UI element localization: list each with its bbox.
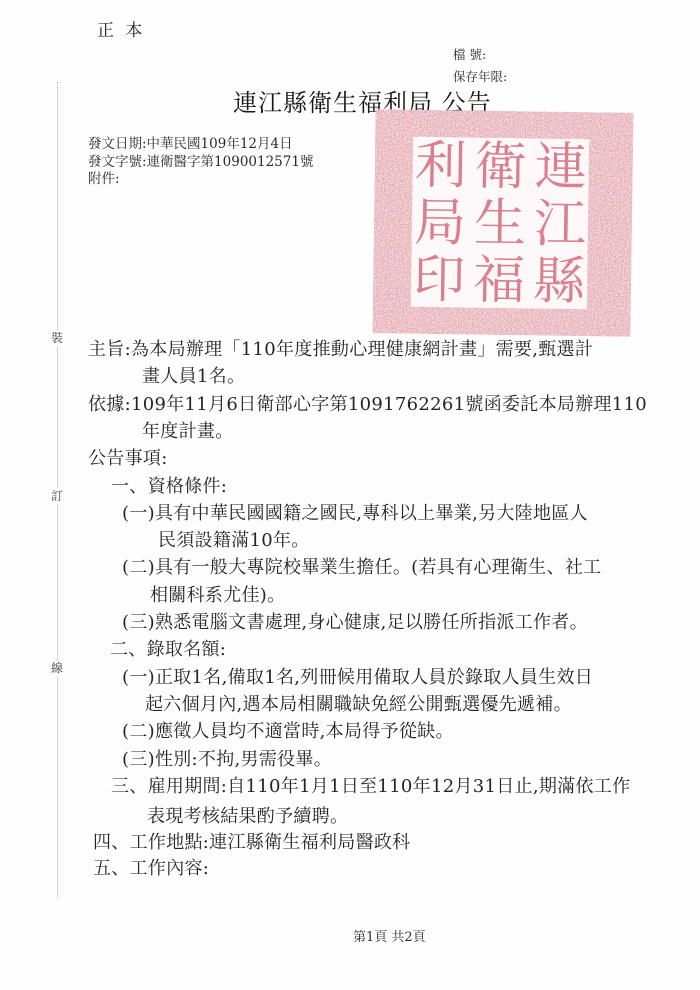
body-line: (二)應徵人員均不適當時,本局得予從缺。	[122, 719, 454, 745]
body-line: 民須設籍滿10年。	[158, 528, 310, 554]
body-line: (三)熟悉電腦文書處理,身心健康,足以勝任所指派工作者。	[122, 610, 588, 636]
announcement-body: 主旨:為本局辦理「110年度推動心理健康網計畫」需要,甄選計畫人員1名。依據:1…	[0, 0, 700, 990]
body-line: 四、工作地點:連江縣衛生福利局醫政科	[93, 830, 410, 856]
body-line: 公告事項:	[88, 446, 168, 472]
body-line: 畫人員1名。	[142, 364, 245, 390]
body-line: 二、錄取名額:	[110, 637, 226, 663]
body-line: (三)性別:不拘,男需役畢。	[122, 747, 332, 773]
body-line: 依據:109年11月6日衛部心字第1091762261號函委託本局辦理110	[88, 392, 647, 418]
body-line: 三、雇用期間:自110年1月1日至110年12月31日止,期滿依工作	[111, 774, 630, 800]
body-line: 五、工作內容:	[93, 856, 209, 882]
body-line: (一)正取1名,備取1名,列冊候用備取人員於錄取人員生效日	[122, 665, 593, 691]
body-line: 主旨:為本局辦理「110年度推動心理健康網計畫」需要,甄選計	[88, 337, 593, 363]
body-line: 一、資格條件:	[111, 474, 227, 500]
body-line: 表現考核結果酌予續聘。	[147, 804, 348, 830]
body-line: 起六個月內,遇本局相關職缺免經公開甄選優先遞補。	[145, 692, 572, 718]
document-page: 裝 訂 線 正 本 檔 號: 保存年限: 連江縣衛生福利局 公告 發文日期:中華…	[0, 0, 700, 990]
body-line: 相關科系尤佳)。	[150, 583, 285, 609]
body-line: (一)具有中華民國國籍之國民,專科以上畢業,另大陸地區人	[122, 501, 588, 527]
body-line: (二)具有一般大專院校畢業生擔任。(若具有心理衛生、社工	[122, 555, 601, 581]
body-line: 年度計畫。	[142, 419, 234, 445]
